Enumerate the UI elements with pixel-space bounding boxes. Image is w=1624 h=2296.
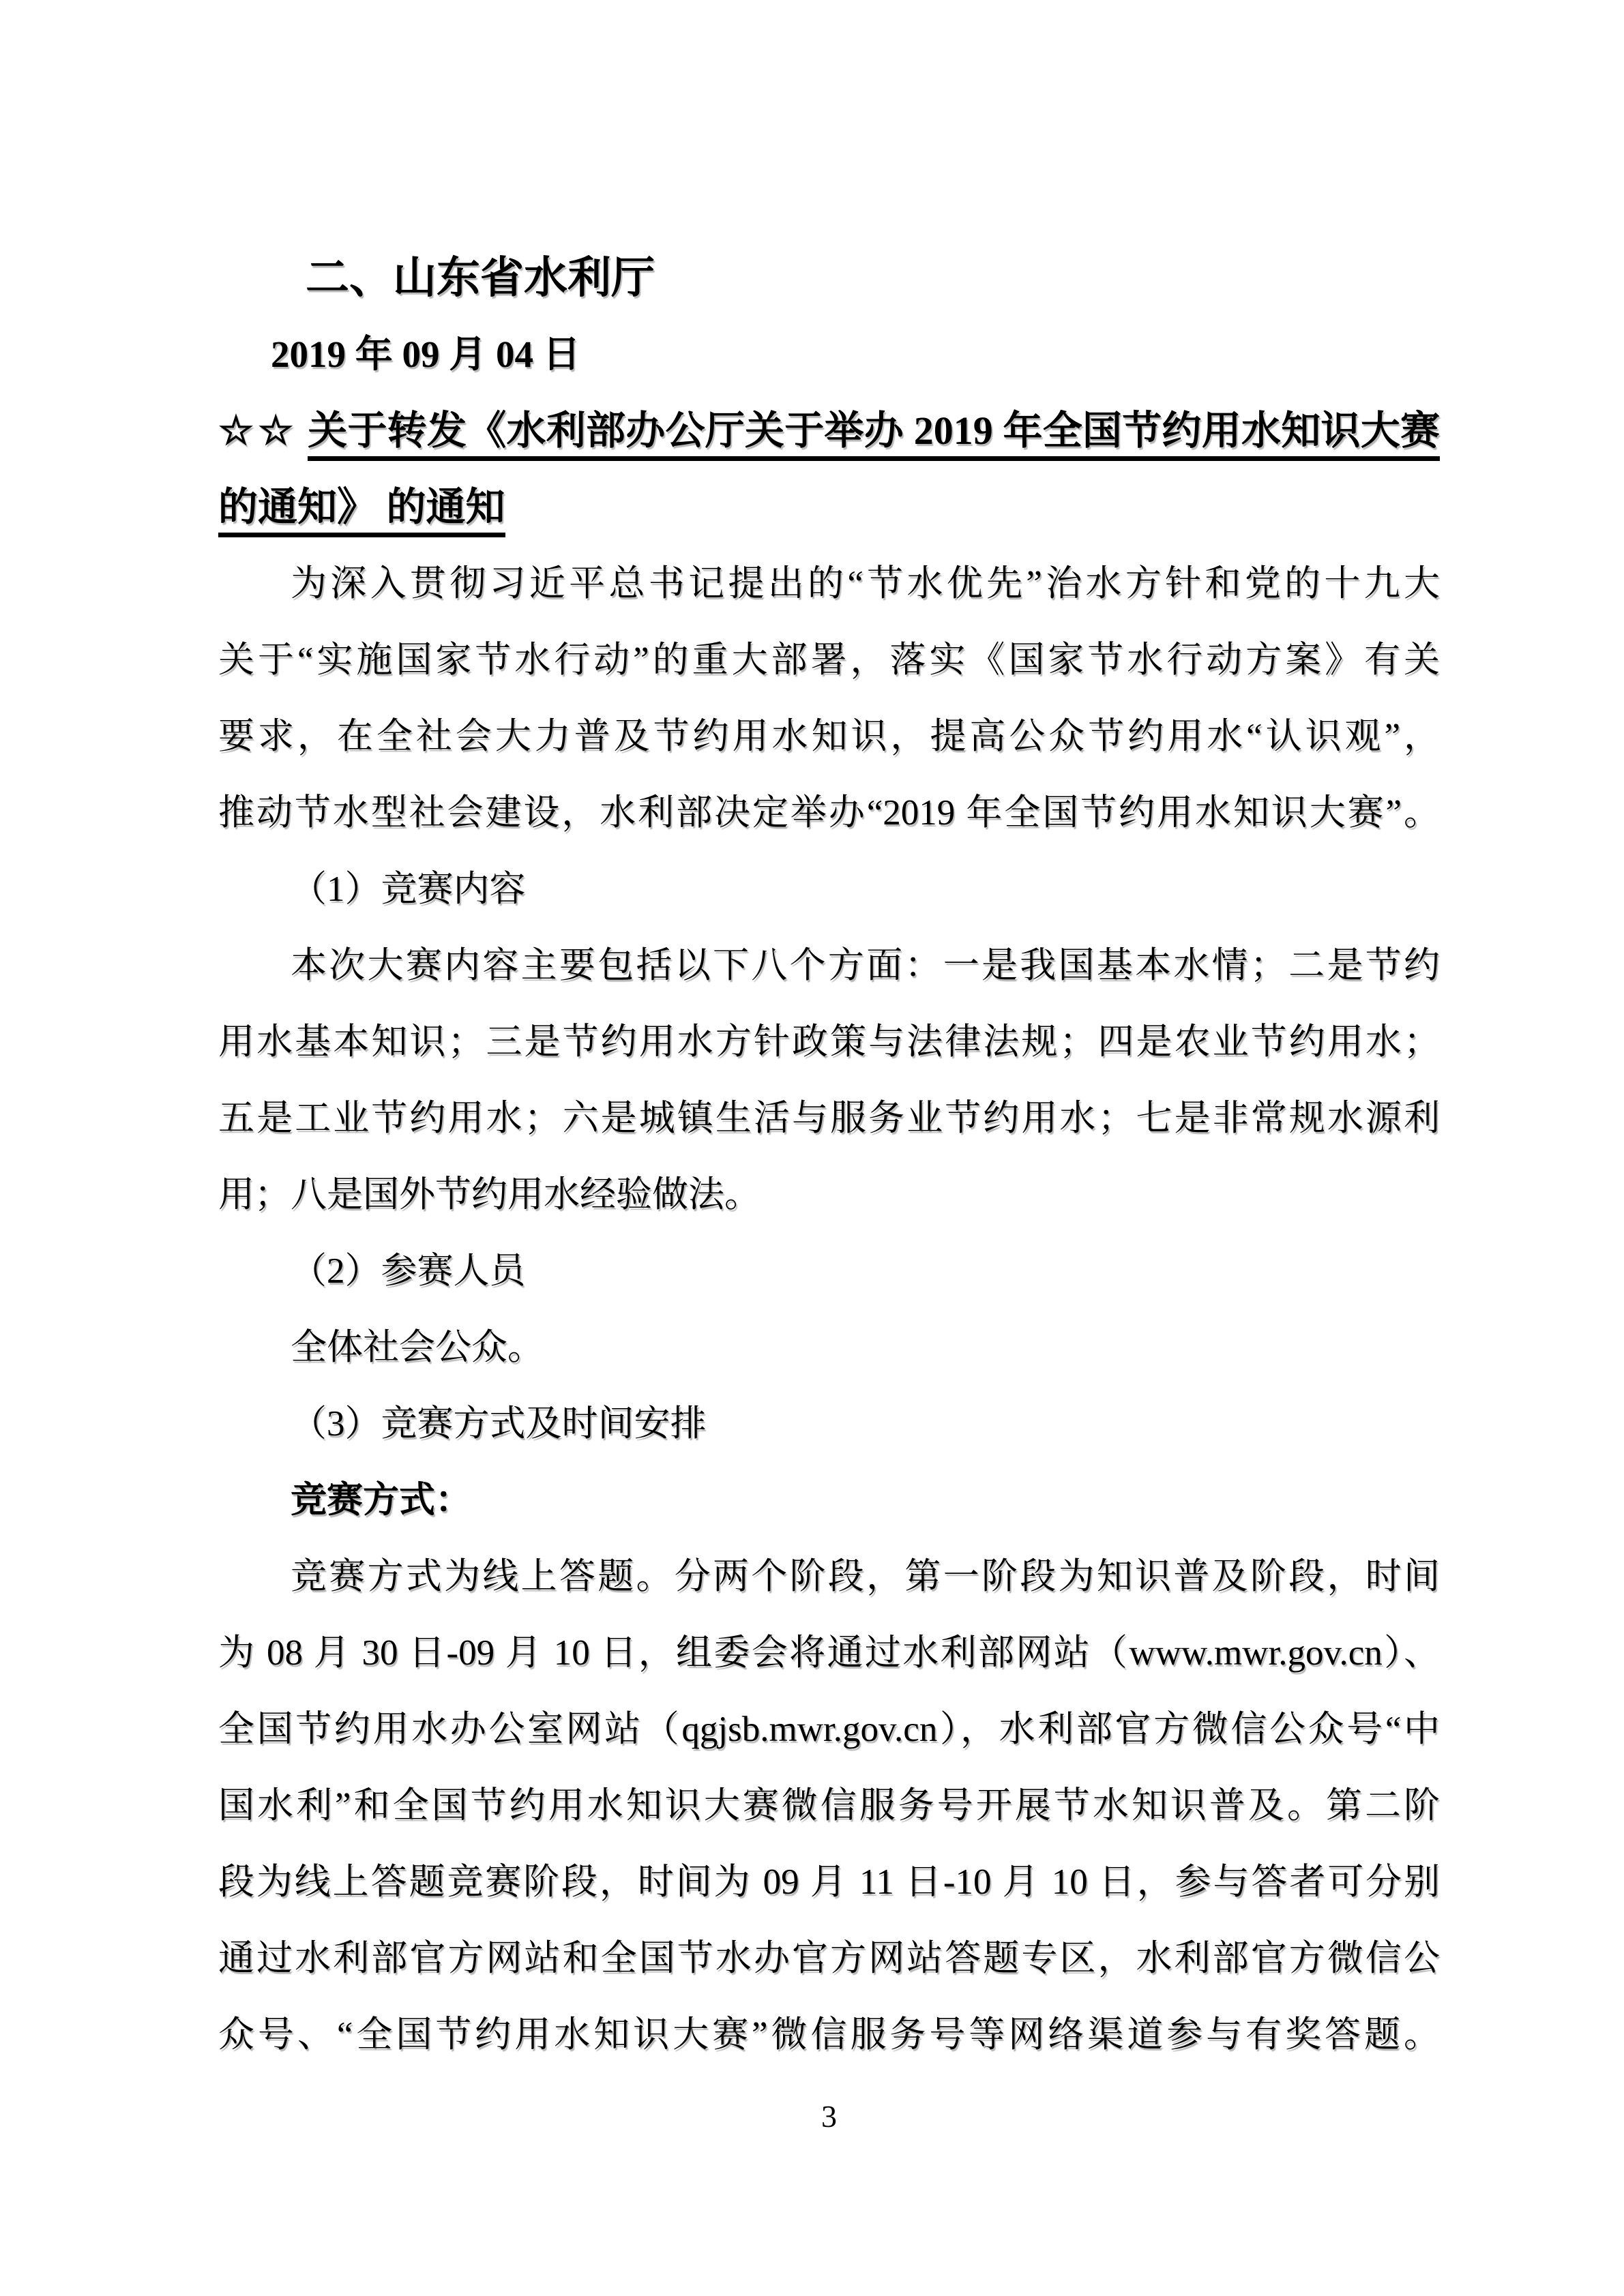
para3-line-1: 竞赛方式为线上答题。分两个阶段，第一阶段为知识普及阶段，时间 xyxy=(218,1538,1440,1615)
participants-line: 全体社会公众。 xyxy=(218,1309,1440,1386)
notice-title-line-1: ☆☆ 关于转发《水利部办公厅关于举办 2019 年全国节约用水知识大赛 xyxy=(218,393,1440,469)
star-icons: ☆☆ xyxy=(218,408,298,453)
para3-line-4: 国水利”和全国节约用水知识大赛微信服务号开展节水知识普及。第二阶 xyxy=(218,1768,1440,1844)
para1-line-2: 关于“实施国家节水行动”的重大部署，落实《国家节水行动方案》有关 xyxy=(218,622,1440,698)
para3-line-6: 通过水利部官方网站和全国节水办官方网站答题专区，水利部官方微信公 xyxy=(218,1920,1440,1997)
list-item-3: （3）竞赛方式及时间安排 xyxy=(218,1386,1440,1462)
para1-line-4: 推动节水型社会建设，水利部决定举办“2019 年全国节约用水知识大赛”。 xyxy=(218,775,1440,851)
para2-line-1: 本次大赛内容主要包括以下八个方面：一是我国基本水情；二是节约 xyxy=(218,927,1440,1004)
document-page: 二、山东省水利厅 2019 年 09 月 04 日 ☆☆ 关于转发《水利部办公厅… xyxy=(0,0,1624,2296)
para3-line-3: 全国节约用水办公室网站（qgjsb.mwr.gov.cn），水利部官方微信公众号… xyxy=(218,1691,1440,1768)
para3-line-7: 众号、“全国节约用水知识大赛”微信服务号等网络渠道参与有奖答题。 xyxy=(218,1997,1440,2073)
list-item-1: （1）竞赛内容 xyxy=(218,851,1440,927)
method-label: 竞赛方式： xyxy=(218,1462,1440,1538)
notice-title-text-1: 关于转发《水利部办公厅关于举办 2019 年全国节约用水知识大赛 xyxy=(308,408,1440,461)
para2-line-4: 用；八是国外节约用水经验做法。 xyxy=(218,1157,1440,1233)
para1-line-3: 要求，在全社会大力普及节约用水知识，提高公众节约用水“认识观”， xyxy=(218,698,1440,775)
para1-line-1: 为深入贯彻习近平总书记提出的“节水优先”治水方针和党的十九大 xyxy=(218,546,1440,622)
date-line: 2019 年 09 月 04 日 xyxy=(218,316,1440,393)
notice-title-text-2: 的通知》 的通知 xyxy=(218,485,505,537)
para2-line-3: 五是工业节约用水；六是城镇生活与服务业节约用水；七是非常规水源利 xyxy=(218,1080,1440,1157)
list-item-2: （2）参赛人员 xyxy=(218,1233,1440,1309)
page-number: 3 xyxy=(218,2096,1440,2137)
para3-line-2: 为 08 月 30 日-09 月 10 日，组委会将通过水利部网站（www.mw… xyxy=(218,1615,1440,1691)
para3-line-5: 段为线上答题竞赛阶段，时间为 09 月 11 日-10 月 10 日，参与答者可… xyxy=(218,1844,1440,1920)
section-heading: 二、山东省水利厅 xyxy=(218,240,1440,316)
para2-line-2: 用水基本知识；三是节约用水方针政策与法律法规；四是农业节约用水； xyxy=(218,1004,1440,1080)
notice-title-line-2: 的通知》 的通知 xyxy=(218,469,1440,546)
